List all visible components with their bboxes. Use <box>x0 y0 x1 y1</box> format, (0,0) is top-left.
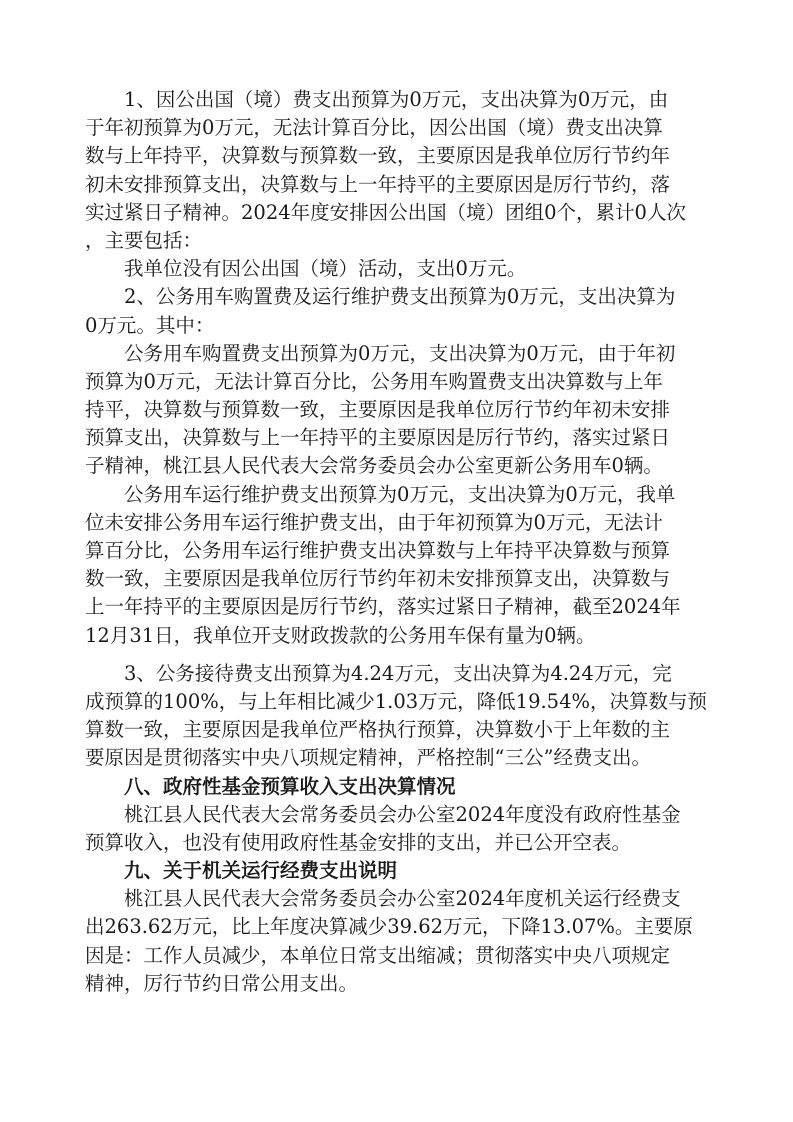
paragraph-no-overseas-activity: 我单位没有因公出国（境）活动，支出0万元。 <box>85 255 719 283</box>
text-line: ，主要包括： <box>85 227 719 255</box>
text-line: 因是：工作人员减少，本单位日常支出缩减；贯彻落实中央八项规定 <box>85 942 719 970</box>
text-line: 算数一致，主要原因是我单位严格执行预算，决算数小于上年数的主 <box>85 716 719 744</box>
text-line: 公务用车购置费支出预算为0万元，支出决算为0万元，由于年初 <box>85 340 719 368</box>
text-line: 数与上年持平，决算数与预算数一致，主要原因是我单位厉行节约年 <box>85 142 719 170</box>
text-line: 我单位没有因公出国（境）活动，支出0万元。 <box>85 255 719 283</box>
document-page: 1、因公出国（境）费支出预算为0万元，支出决算为0万元，由 于年初预算为0万元，… <box>85 86 719 998</box>
text-line: 算百分比，公务用车运行维护费支出决算数与上年持平决算数与预算 <box>85 537 719 565</box>
text-line: 桃江县人民代表大会常务委员会办公室2024年度没有政府性基金 <box>85 801 719 829</box>
text-line: 精神，厉行节约日常公用支出。 <box>85 970 719 998</box>
text-line: 位未安排公务用车运行维护费支出，由于年初预算为0万元，无法计 <box>85 509 719 537</box>
text-line: 上一年持平的主要原因是厉行节约，落实过紧日子精神，截至2024年 <box>85 593 719 621</box>
text-line: 成预算的100%，与上年相比减少1.03万元，降低19.54%，决算数与预 <box>85 688 719 716</box>
paragraph-vehicle-costs: 2、公务用车购置费及运行维护费支出预算为0万元，支出决算为 0万元。其中： <box>85 283 719 339</box>
text-line: 持平，决算数与预算数一致，主要原因是我单位厉行节约年初未安排 <box>85 396 719 424</box>
text-line: 实过紧日子精神。2024年度安排因公出国（境）团组0个，累计0人次 <box>85 199 719 227</box>
text-line: 公务用车运行维护费支出预算为0万元，支出决算为0万元，我单 <box>85 481 719 509</box>
text-line: 子精神，桃江县人民代表大会常务委员会办公室更新公务用车0辆。 <box>85 452 719 480</box>
text-line: 桃江县人民代表大会常务委员会办公室2024年度机关运行经费支 <box>85 885 719 913</box>
paragraph-government-fund: 桃江县人民代表大会常务委员会办公室2024年度没有政府性基金 预算收入，也没有使… <box>85 801 719 857</box>
text-line: 于年初预算为0万元，无法计算百分比，因公出国（境）费支出决算 <box>85 114 719 142</box>
text-line: 数一致，主要原因是我单位厉行节约年初未安排预算支出，决算数与 <box>85 565 719 593</box>
text-line: 3、公务接待费支出预算为4.24万元，支出决算为4.24万元，完 <box>85 660 719 688</box>
paragraph-overseas-travel: 1、因公出国（境）费支出预算为0万元，支出决算为0万元，由 于年初预算为0万元，… <box>85 86 719 255</box>
text-line: 要原因是贯彻落实中央八项规定精神，严格控制“三公”经费支出。 <box>85 744 719 772</box>
section-heading-government-fund: 八、政府性基金预算收入支出决算情况 <box>85 773 719 801</box>
section-heading-operating-expenses: 九、关于机关运行经费支出说明 <box>85 857 719 885</box>
text-line: 12月31日，我单位开支财政拨款的公务用车保有量为0辆。 <box>85 622 719 650</box>
paragraph-vehicle-maintenance: 公务用车运行维护费支出预算为0万元，支出决算为0万元，我单 位未安排公务用车运行… <box>85 481 719 650</box>
text-line: 2、公务用车购置费及运行维护费支出预算为0万元，支出决算为 <box>85 283 719 311</box>
paragraph-vehicle-purchase: 公务用车购置费支出预算为0万元，支出决算为0万元，由于年初 预算为0万元，无法计… <box>85 340 719 481</box>
text-line: 0万元。其中： <box>85 312 719 340</box>
text-line: 预算为0万元，无法计算百分比，公务用车购置费支出决算数与上年 <box>85 368 719 396</box>
text-line: 预算支出，决算数与上一年持平的主要原因是厉行节约，落实过紧日 <box>85 424 719 452</box>
paragraph-operating-expenses: 桃江县人民代表大会常务委员会办公室2024年度机关运行经费支 出263.62万元… <box>85 885 719 998</box>
text-line: 预算收入，也没有使用政府性基金安排的支出，并已公开空表。 <box>85 829 719 857</box>
paragraph-reception: 3、公务接待费支出预算为4.24万元，支出决算为4.24万元，完 成预算的100… <box>85 660 719 773</box>
paragraph-gap <box>85 650 719 660</box>
text-line: 1、因公出国（境）费支出预算为0万元，支出决算为0万元，由 <box>85 86 719 114</box>
text-line: 出263.62万元，比上年度决算减少39.62万元，下降13.07%。主要原 <box>85 913 719 941</box>
text-line: 初未安排预算支出，决算数与上一年持平的主要原因是厉行节约，落 <box>85 171 719 199</box>
